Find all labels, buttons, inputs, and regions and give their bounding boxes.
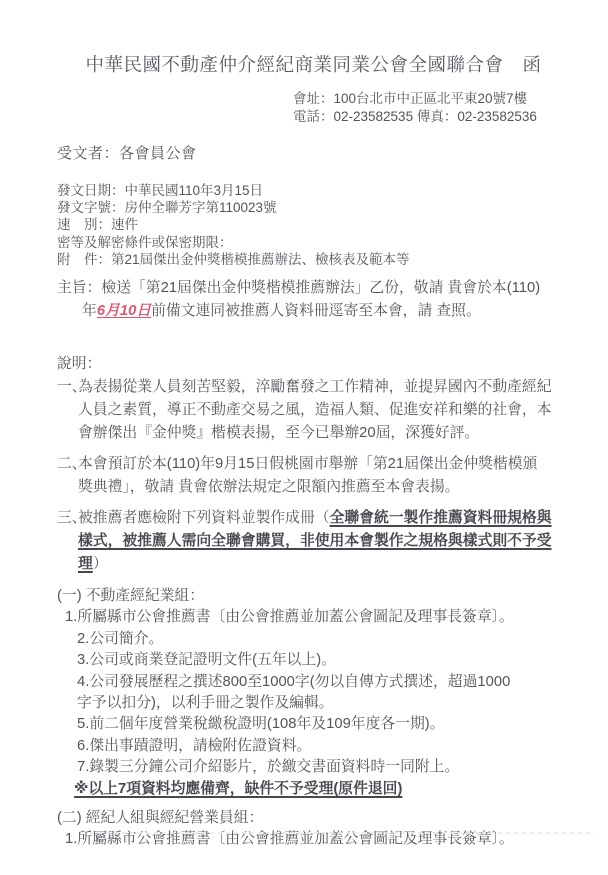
- item-3-line-3-bold: 理: [78, 556, 93, 572]
- document-page: 中華民國不動產仲介經紀商業同業公會全國聯合會 函 會址：100台北市中正區北平東…: [0, 52, 608, 851]
- group-1-item-7: 7.錄製三分鐘公司介紹影片，於繳交書面資料時一同附上。: [57, 757, 570, 778]
- group-1-item-3: 3.公司或商業登記證明文件(五年以上)。: [57, 650, 570, 671]
- spacer: [57, 800, 570, 803]
- explanation-item-3: 三、被推薦者應檢附下列資料並製作成冊（全聯會統一製作推薦資料冊規格與 樣式，被推…: [57, 507, 570, 576]
- group-1-item-2: 2.公司簡介。: [57, 629, 570, 650]
- subject-text-1: 檢送「第21屆傑出金仲獎楷模推薦辦法」乙份，敬請 貴會於本(110): [101, 280, 540, 296]
- association-phone-fax: 電話：02-23582535 傳真：02-23582536: [293, 108, 570, 126]
- doc-number-line: 發文字號：房仲全聯芳字第110023號: [57, 199, 570, 216]
- item-3-line-1-normal: 被推薦者應檢附下列資料並製作成冊（: [78, 510, 330, 526]
- subject-section: 主旨：檢送「第21屆傑出金仲獎楷模推薦辦法」乙份，敬請 貴會於本(110) 年6…: [57, 277, 570, 323]
- subject-line-2: 年6月10日前備文連同被推薦人資料冊逕寄至本會，請 查照。: [57, 300, 570, 323]
- item-1-line-3: 會辦傑出『金仲獎』楷模表揚，至今已舉辦20屆，深獲好評。: [57, 422, 570, 445]
- group-1-item-1: 1.所屬縣市公會推薦書〔由公會推薦並加蓋公會圖記及理事長簽章〕。: [57, 607, 570, 628]
- subject-text-2-post: 前備文連同被推薦人資料冊逕寄至本會，請 查照。: [151, 303, 481, 319]
- subject-label: 主旨：: [57, 280, 101, 296]
- group-1-heading: (一) 不動產經紀業組：: [57, 586, 570, 607]
- group-1-item-4-line-1: 4.公司發展歷程之撰述800至1000字(勿以自傳方式撰述，超過1000: [57, 672, 570, 693]
- recipient-line: 受文者：各會員公會: [57, 144, 570, 164]
- item-2-number: 二、: [57, 453, 78, 476]
- item-3-number: 三、: [57, 507, 78, 530]
- association-address: 會址：100台北市中正區北平東20號7樓: [293, 90, 570, 108]
- item-3-line-3-normal: ）: [93, 556, 108, 572]
- scan-artifact-line: [90, 832, 595, 834]
- group-2-broker-agent: (二) 經紀人組與經紀營業員組： 1.所屬縣市公會推薦書〔由公會推薦並加蓋公會圖…: [57, 808, 570, 851]
- document-meta-block: 發文日期：中華民國110年3月15日 發文字號：房仲全聯芳字第110023號 速…: [57, 182, 570, 268]
- item-2-line-1: 本會預訂於本(110)年9月15日假桃園市舉辦「第21屆傑出金仲獎楷模頒: [78, 456, 537, 472]
- item-3-line-1-bold: 全聯會統一製作推薦資料冊規格與: [330, 510, 552, 526]
- subject-line-1: 主旨：檢送「第21屆傑出金仲獎楷模推薦辦法」乙份，敬請 貴會於本(110): [57, 277, 570, 300]
- item-3-line-2-bold: 樣式，被推薦人需向全聯會購買，非使用本會製作之規格與樣式則不予受: [78, 533, 552, 549]
- group-1-item-6: 6.傑出事蹟證明，請檢附佐證資料。: [57, 736, 570, 757]
- speed-line: 速 別：速件: [57, 216, 570, 233]
- deadline-date-highlight: 6月10日: [97, 303, 151, 319]
- document-title: 中華民國不動產仲介經紀商業同業公會全國聯合會 函: [57, 52, 570, 77]
- group-2-heading: (二) 經紀人組與經紀營業員組：: [57, 808, 570, 829]
- explanation-item-2: 二、本會預訂於本(110)年9月15日假桃園市舉辦「第21屆傑出金仲獎楷模頒 獎…: [57, 453, 570, 499]
- item-1-number: 一、: [57, 376, 78, 399]
- association-contact-block: 會址：100台北市中正區北平東20號7樓 電話：02-23582535 傳真：0…: [293, 90, 570, 126]
- item-1-line-1: 為表揚從業人員刻苦堅毅，淬勵奮發之工作精神，並提昇國內不動產經紀: [78, 379, 552, 395]
- group-1-broker-business: (一) 不動產經紀業組： 1.所屬縣市公會推薦書〔由公會推薦並加蓋公會圖記及理事…: [57, 586, 570, 800]
- item-2-line-2: 獎典禮」，敬請 貴會依辦法規定之限額內推薦至本會表揚。: [57, 476, 570, 499]
- group-1-item-5: 5.前二個年度營業稅繳稅證明(108年及109年度各一期)。: [57, 714, 570, 735]
- group-1-item-4-line-2: 字予以扣分)，以利手冊之製作及編輯。: [57, 693, 570, 714]
- group-1-requirement-note: ※以上7項資料均應備齊，缺件不予受理(原件退回): [74, 781, 402, 797]
- explanation-section: 說明： 一、為表揚從業人員刻苦堅毅，淬勵奮發之工作精神，並提昇國內不動產經紀 人…: [57, 353, 570, 576]
- item-1-line-2: 人員之素質，導正不動產交易之風，造福人類、促進安祥和樂的社會，本: [57, 399, 570, 422]
- spacer: [57, 445, 570, 453]
- spacer: [57, 499, 570, 507]
- attachment-line: 附 件：第21屆傑出金仲獎楷模推薦辦法、檢核表及範本等: [57, 251, 570, 268]
- subject-text-2-pre: 年: [82, 303, 97, 319]
- issue-date-line: 發文日期：中華民國110年3月15日: [57, 182, 570, 199]
- spacer: [57, 576, 570, 581]
- security-line: 密等及解密條件或保密期限：: [57, 234, 570, 251]
- explanation-label: 說明：: [57, 353, 570, 376]
- explanation-item-1: 一、為表揚從業人員刻苦堅毅，淬勵奮發之工作精神，並提昇國內不動產經紀 人員之素質…: [57, 376, 570, 445]
